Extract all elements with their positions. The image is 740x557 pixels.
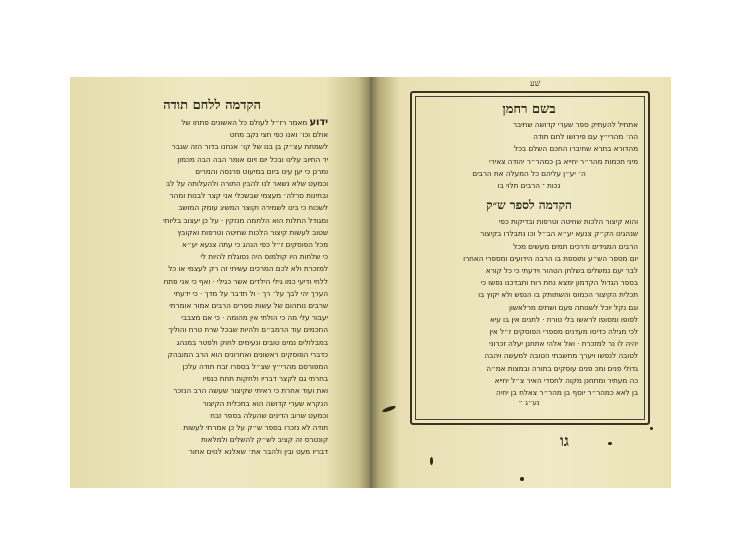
text-line: דבריו מעט ובין ולהבר את׳ שאלנא לנוים אחו… — [96, 446, 328, 458]
signature: נע״ג ״ — [420, 399, 638, 407]
text-line: תכלית הקיצור הכמוס והשתותק בו הנפש ולא י… — [420, 289, 638, 301]
text-line: ומגודל התלות הוא הלחמה מנזקין · על כן יע… — [96, 215, 328, 227]
text-line: לכי מגילה כדיסו מעדנים מספרי הפוסקים ז״ל… — [420, 326, 638, 338]
text-line: קונטרס זה קציב לש״ק להשלים ולמלאות — [96, 434, 328, 446]
text-line: כי שלחות היו קולמוס היה נסוגלת להיות לי — [96, 251, 328, 263]
text-line: יד החיוב עלינו ובכל יום ויום אומר הבה הב… — [96, 154, 328, 166]
text-line: כה מעתיר ומתחנן מקוה לחסדי האיר צ״ל יחיי… — [420, 375, 638, 387]
text-line: למזכרת ולא לכם המרכים עשיתי זה רק לעצמי … — [96, 263, 328, 275]
text-line: בספר הגדול הקדמון ימצא נחת רוח ותבדכנו נ… — [420, 277, 638, 289]
text-line: יעבור עלי מה כי הולתי אין מהומה · כי אם … — [96, 312, 328, 324]
text-line: ה׳ יע״ן עליהם כל המעלה את הרבים — [420, 168, 638, 180]
text-line: שטוב לעשות קיצור הלכות שחיטה וטרפות ואקו… — [96, 227, 328, 239]
text-line: מיני חכמות מהר״ר יחייא בן כמהר״ר יהודה צ… — [420, 156, 638, 168]
text-line: שנהגינו הק״ק צנעא יע״א הב״ל וכו נתבלרו ב… — [420, 228, 638, 240]
right-page-title: בשם רחמן — [420, 101, 638, 117]
catchword: גו — [560, 432, 569, 451]
text-line: בן לאא כמהר״ר יוסף בן מהר״ר צאלח בן יחיה — [420, 387, 638, 399]
ink-blot — [520, 477, 524, 481]
opening-word: ידוע — [309, 117, 328, 128]
left-page-text: הקדמה ללחם תודה ידוע מאמר רז״ל לעולם כל … — [96, 97, 328, 459]
text-line: אולם וכו׳ ואנו כפי חצי נקב מחט — [96, 129, 328, 141]
text-line: יום מספר הש״ע ותוספת בו הרבה הידועים ומס… — [420, 253, 638, 265]
text-line: ואת ועוד אחרת כי ראיתי שקיצור שעשה הרב ה… — [96, 385, 328, 397]
text-line: וכמעט שלא נשאר לנו להבין התורה ולהעלותה … — [96, 178, 328, 190]
text-line: הנקרא שערי קדושה הוא בתכלית הקיצור — [96, 398, 328, 410]
text-line: הערך יהי לבך על׳ רך · ול תדבר על מדך · כ… — [96, 288, 328, 300]
text-line: וכמעט שרוב הדינים שהעלה בספר זבח — [96, 410, 328, 422]
text-line: אתחיל להעתיק ספר שערי קדושה שחיבר — [420, 119, 638, 131]
text-line: לסופו ומסופו לראשו בלי טורח · לתנים אין … — [420, 314, 638, 326]
text-line: לשכוח כי בינו לשמירה וקוצר המשיג עומק המ… — [96, 202, 328, 214]
text-line: יהיה לו נר למזכרת · ואל אלהי אתחנן יעלה … — [420, 338, 638, 350]
left-page-heading: הקדמה ללחם תודה — [96, 97, 328, 113]
page-top-mark: שׁע — [530, 79, 540, 88]
text-line: מהדורא בתרא שחיברו החכם השלם בכל — [420, 143, 638, 155]
text-line: במבלולים נמים טובים ונעימים לחוק ולפטר ב… — [96, 337, 328, 349]
text-line: לשמחת עצ״ק בן בנו של קו׳ אנחנו בדור הזה … — [96, 141, 328, 153]
ink-blot — [430, 457, 433, 465]
left-page: הקדמה ללחם תודה ידוע מאמר רז״ל לעולם כל … — [70, 77, 370, 488]
right-page-text: בשם רחמן אתחיל להעתיק ספר שערי קדושה שחי… — [420, 101, 638, 407]
text-line: גדולי פנים ומכ פנים עוסקים בתורה ובמצות … — [420, 363, 638, 375]
right-page-subtitle: הקדמה לספר ש״ק — [420, 198, 638, 213]
text-line: שרבים נותהום של עשות ספרים הרבים אמור או… — [96, 300, 328, 312]
ink-blot — [382, 405, 397, 414]
ink-blot — [608, 442, 612, 445]
text-line: המפורסם מהרי״ץ שצ״ל בספרו זבח תודה עלכן — [96, 361, 328, 373]
ink-blot — [650, 427, 653, 430]
text-line: ללחי ודיעי כמו גילי הילדים אשר כגילי · ו… — [96, 276, 328, 288]
text-line: לבר יעם נמשלים בשלחן הטהור וידעתי כי כל … — [420, 265, 638, 277]
text-line: הרבים המגידים ודרכים תמים מעשים מכל — [420, 241, 638, 253]
text-line: נכות ־ הרבים תלוי בו — [420, 180, 638, 192]
text-line: תודה לא נזכרו בספר ש״ק על כן אמרתי לעשות — [96, 422, 328, 434]
text-line: בחרתי גם לקצר דבריו ולחקות תחת כנפיו — [96, 373, 328, 385]
text-line: הה׳ מהרי״ץ עם פירושו לחם תודה — [420, 131, 638, 143]
right-page: שׁע בשם רחמן אתחיל להעתיק ספר שערי קדושה… — [370, 77, 671, 488]
text-line: לטובה לנפשו ויערך מחשבתי הטובה למעשה ויה… — [420, 350, 638, 362]
text-line: ומרנן כי יען עינו ביום במיעוט פרנסה והמר… — [96, 166, 328, 178]
text-line: והוא קיצור הלכות שחיטה וטרפות ובדיקות כפ… — [420, 216, 638, 228]
text-line: וגם נקל יוכל לשנותה פעם ושתים מרלאשון — [420, 302, 638, 314]
text-line: ובחינות סרלה׳ מעצמי שבשכלי אני קצר לבנות… — [96, 190, 328, 202]
text-line: החכמים עוד הרמב״ם ולהיות שבכל שרח טרח וה… — [96, 324, 328, 336]
text-line: כדברי הפוסקים ראשונים ואחרונים הוא הרב ה… — [96, 349, 328, 361]
text-line: מכל הפוסקים ז״ל כפי הנהג כי עתה צנעא יע״… — [96, 239, 328, 251]
manuscript-scan: הקדמה ללחם תודה ידוע מאמר רז״ל לעולם כל … — [70, 77, 671, 488]
text-line: ידוע מאמר רז״ל לעולם כל האשונים פתחו של — [96, 117, 328, 129]
